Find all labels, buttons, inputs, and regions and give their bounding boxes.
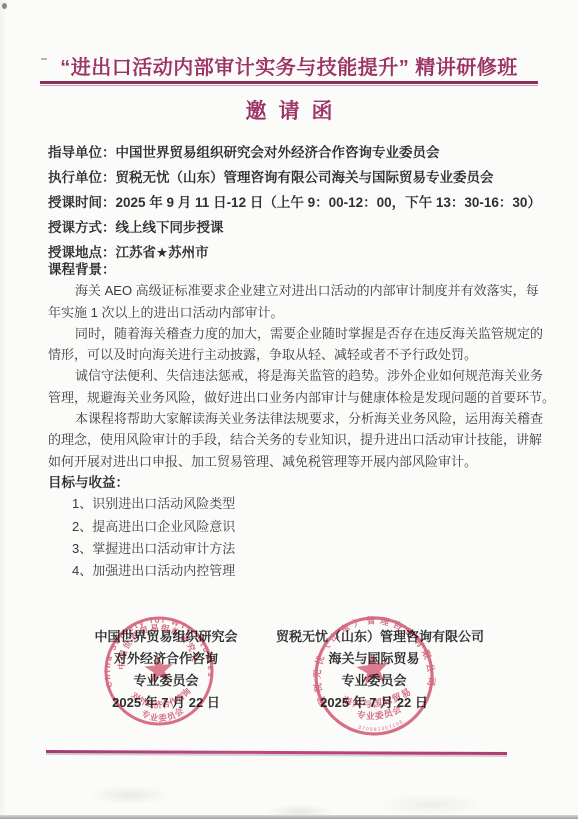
info-fields: 指导单位：中国世界贸易组织研究会对外经济合作咨询专业委员会 执行单位：贸税无忧（… — [48, 140, 534, 265]
goals-heading: 目标与收益： — [48, 472, 534, 493]
course-background-section: 课程背景： 海关 AEO 高级证标准要求企业建立对进出口活动的内部审计制度并有效… — [48, 259, 534, 582]
signature-org-line: 对外经济合作咨询 — [68, 648, 264, 670]
field-executing-unit: 执行单位：贸税无忧（山东）管理咨询有限公司海关与国际贸易专业委员会 — [48, 165, 534, 190]
signature-org-line: 中国世界贸易组织研究会 — [68, 626, 264, 648]
field-label: 执行单位： — [48, 170, 116, 185]
paragraph-line: 年实施 1 次以上的进出口活动内部审计。 — [48, 302, 534, 323]
title-divider — [40, 81, 538, 86]
field-label: 授课时间： — [48, 195, 116, 210]
signature-org-line: 贸税无忧（山东）管理咨询有限公司 — [276, 626, 472, 648]
field-value: 线上线下同步授课 — [116, 220, 224, 235]
field-course-mode: 授课方式：线上线下同步授课 — [48, 215, 534, 240]
document-subtitle: 邀请函 — [0, 95, 578, 125]
signature-date: 2025 年 7 月 22 日 — [68, 692, 264, 714]
signature-org-line: 专业委员会 — [68, 670, 264, 692]
signature-date: 2025 年 7 月 22 日 — [276, 692, 472, 714]
footer-divider — [46, 750, 507, 755]
field-label: 指导单位： — [48, 145, 116, 160]
goal-item: 3、掌握进出口活动审计方法 — [72, 538, 534, 560]
background-heading: 课程背景： — [48, 259, 534, 280]
paragraph-line: 诚信守法便利、失信违法惩戒，将是海关监管的趋势。涉外企业如何规范海关业务 — [48, 365, 534, 386]
seal-serial-number: 370981307166 — [357, 718, 406, 735]
paragraph-line: 如何开展对进出口申报、加工贸易管理、减免税管理等开展内部风险审计。 — [48, 451, 534, 472]
page-title: “进出口活动内部审计实务与技能提升” 精讲研修班 — [0, 51, 578, 80]
field-value: 2025 年 9 月 11 日-12 日（上午 9：00-12：00，下午 13… — [116, 195, 541, 210]
signature-org-line: 海关与国际贸易 — [276, 648, 472, 670]
field-value: 贸税无忧（山东）管理咨询有限公司海关与国际贸易专业委员会 — [116, 170, 494, 185]
paragraph-line: 情形，可以及时向海关进行主动披露，争取从轻、减轻或者不予行政处罚。 — [48, 344, 534, 365]
scanned-invitation-document: “进出口活动内部审计实务与技能提升” 精讲研修班 邀请函 指导单位：中国世界贸易… — [0, 0, 578, 819]
field-label: 授课方式： — [48, 220, 116, 235]
paragraph-line: 管理，规避海关业务风险，做好进出口业务内部审计与健康体检是发现问题的首要环节。 — [48, 387, 534, 408]
scan-bottom-edge — [0, 815, 578, 819]
goal-item: 2、提高进出口企业风险意识 — [72, 516, 534, 538]
title-divider-light-line — [40, 85, 538, 87]
field-value: 江苏省★苏州市 — [116, 245, 209, 260]
signature-block-right: 贸税无忧（山东）管理咨询有限公司 海关与国际贸易 专业委员会 2025 年 7 … — [276, 626, 472, 714]
paragraph-line: 的理念，使用风险审计的手段，结合关务的专业知识，提升进出口活动审计技能，讲解 — [48, 429, 534, 450]
paragraph-line: 同时，随着海关稽查力度的加大，需要企业随时掌握是否存在违反海关监管规定的 — [48, 323, 534, 344]
field-course-time: 授课时间：2025 年 9 月 11 日-12 日（上午 9：00-12：00，… — [48, 190, 534, 215]
paragraph-line: 海关 AEO 高级证标准要求企业建立对进出口活动的内部审计制度并有效落实，每 — [48, 280, 534, 301]
signature-org-line: 专业委员会 — [276, 670, 472, 692]
title-divider-dark-line — [40, 81, 538, 84]
paragraph-line: 本课程将帮助大家解读海关业务法律法规要求，分析海关业务风险，运用海关稽查 — [48, 408, 534, 429]
field-label: 授课地点： — [48, 245, 116, 260]
signature-block-left: 中国世界贸易组织研究会 对外经济合作咨询 专业委员会 2025 年 7 月 22… — [68, 626, 264, 714]
goal-item: 4、加强进出口活动内控管理 — [72, 560, 534, 582]
scan-speck — [2, 3, 7, 9]
goal-item: 1、识别进出口活动风险类型 — [72, 493, 534, 515]
svg-text:370981307166: 370981307166 — [357, 718, 406, 735]
goals-list: 1、识别进出口活动风险类型 2、提高进出口企业风险意识 3、掌握进出口活动审计方… — [48, 493, 534, 582]
field-value: 中国世界贸易组织研究会对外经济合作咨询专业委员会 — [116, 145, 440, 160]
field-guiding-unit: 指导单位：中国世界贸易组织研究会对外经济合作咨询专业委员会 — [48, 140, 534, 165]
